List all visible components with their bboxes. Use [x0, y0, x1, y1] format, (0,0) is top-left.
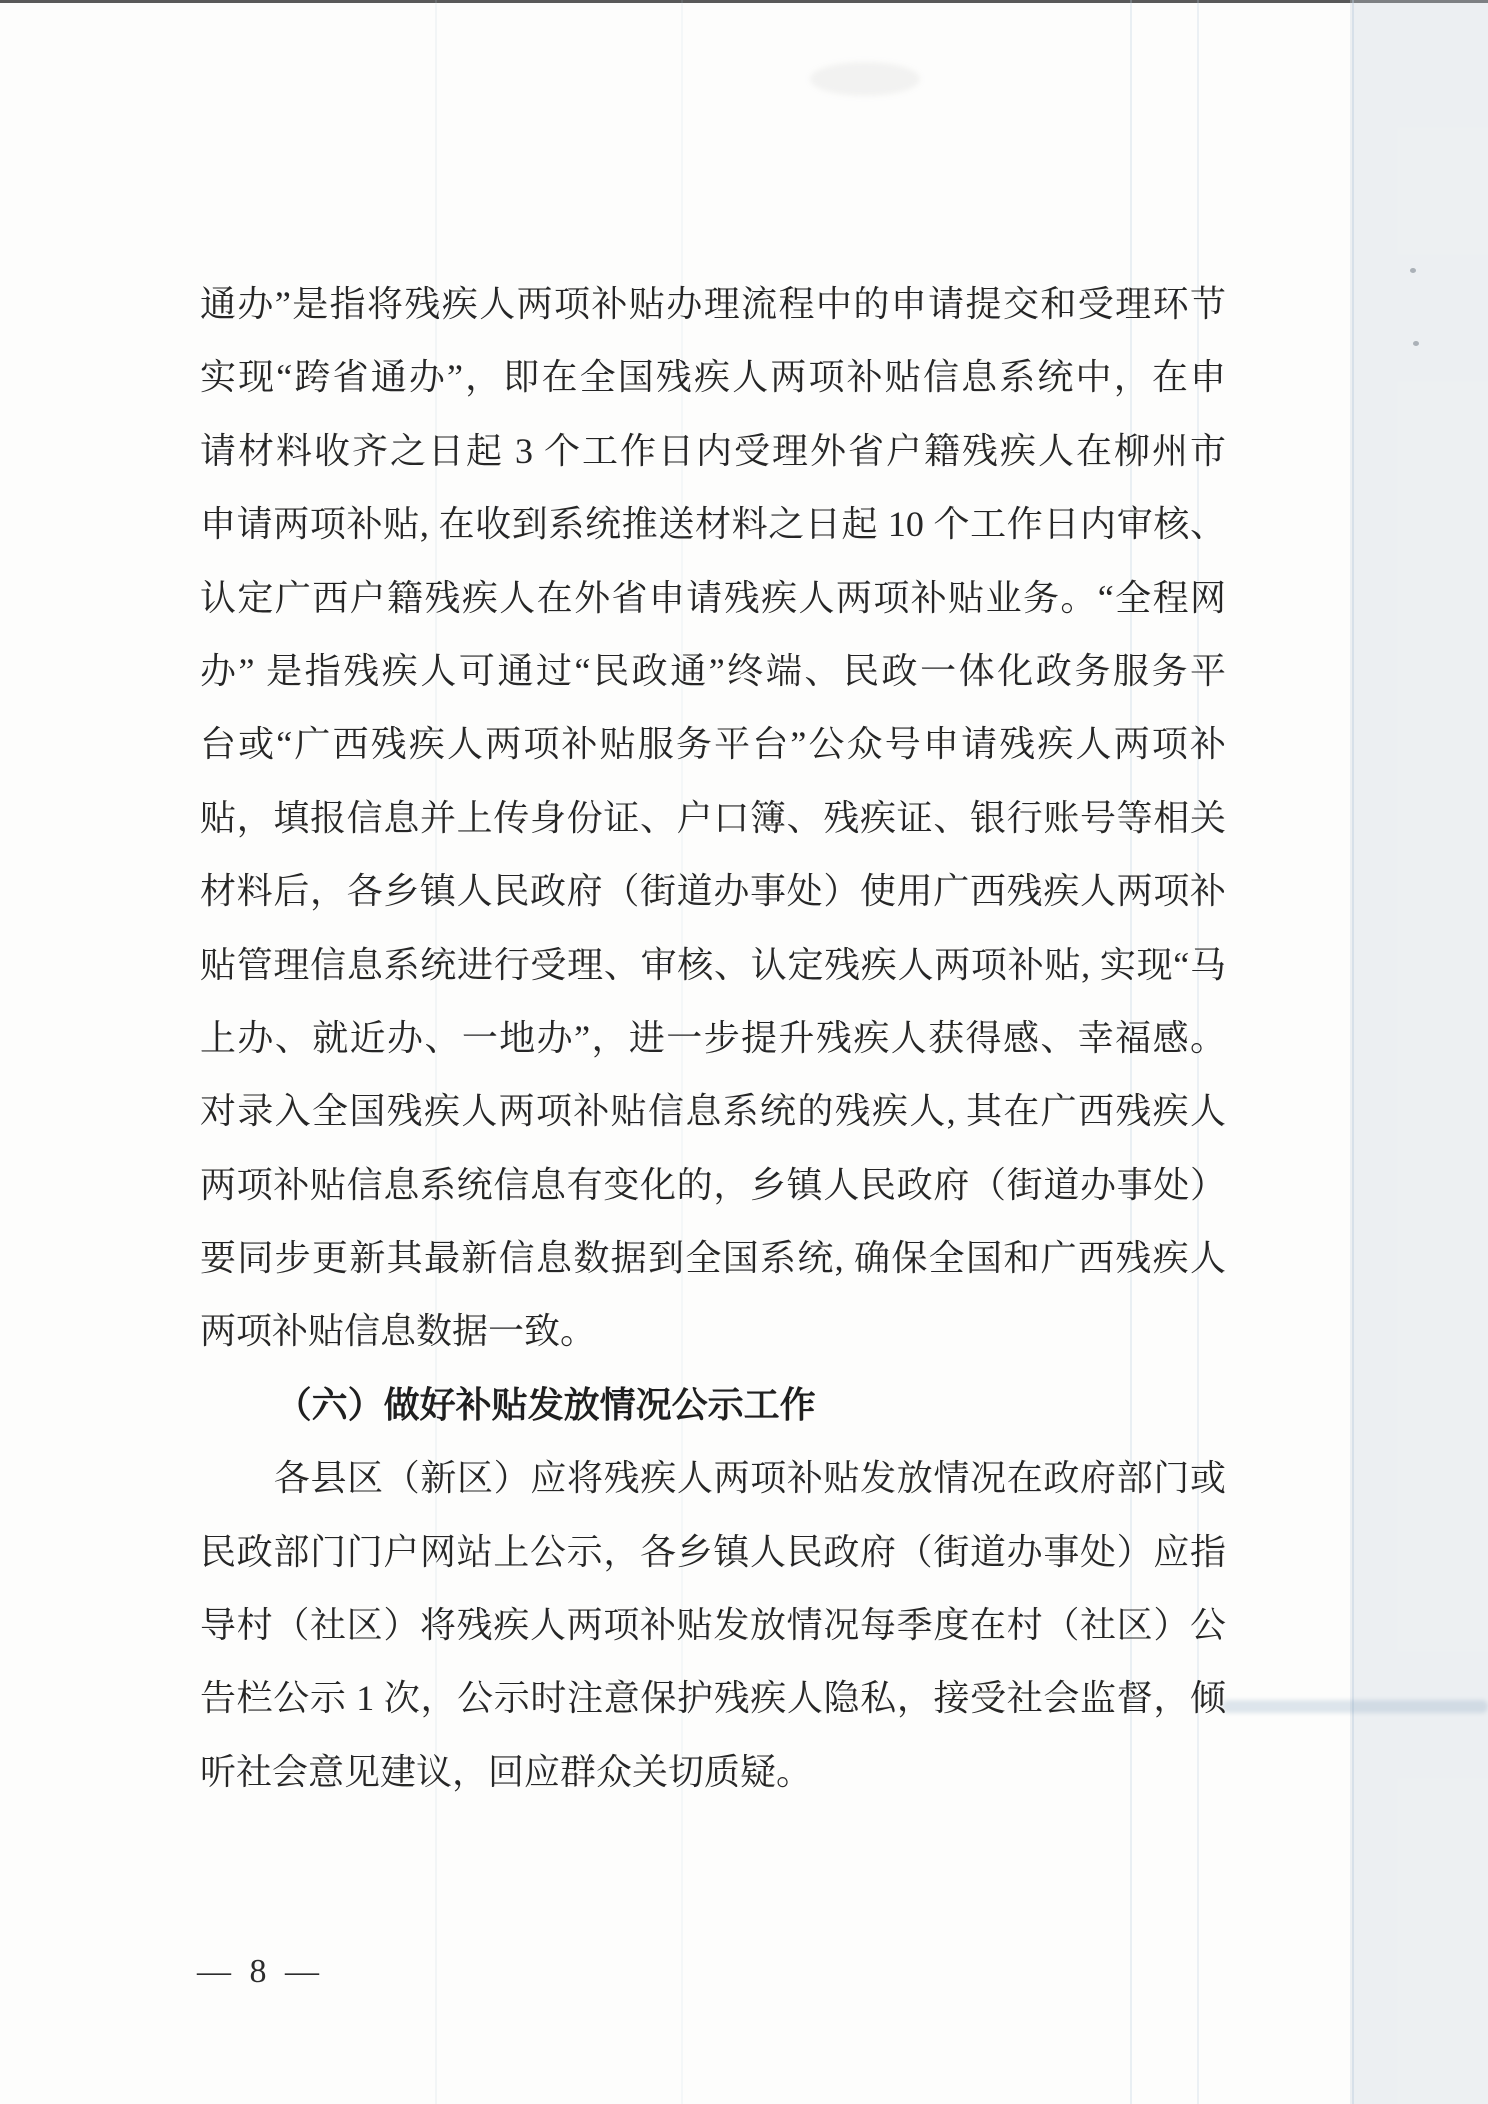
text-line: 通办”是指将残疾人两项补贴办理流程中的申请提交和受理环节: [200, 268, 1226, 341]
document-page: 通办”是指将残疾人两项补贴办理流程中的申请提交和受理环节实现“跨省通办”，即在全…: [0, 0, 1488, 2104]
document-body: 通办”是指将残疾人两项补贴办理流程中的申请提交和受理环节实现“跨省通办”，即在全…: [200, 268, 1226, 1809]
text-line: 贴，填报信息并上传身份证、户口簿、残疾证、银行账号等相关: [200, 782, 1226, 855]
text-line: 告栏公示 1 次，公示时注意保护残疾人隐私，接受社会监督，倾: [200, 1662, 1226, 1735]
text-line: 上办、就近办、一地办”，进一步提升残疾人获得感、幸福感。: [200, 1002, 1226, 1075]
text-line: 要同步更新其最新信息数据到全国系统, 确保全国和广西残疾人: [200, 1222, 1226, 1295]
text-line: 两项补贴信息数据一致。: [200, 1295, 1226, 1368]
text-line: 两项补贴信息系统信息有变化的，乡镇人民政府（街道办事处）: [200, 1149, 1226, 1222]
scan-artifact-speck: [1413, 341, 1419, 346]
text-line: 民政部门门户网站上公示，各乡镇人民政府（街道办事处）应指: [200, 1516, 1226, 1589]
text-line: 各县区（新区）应将残疾人两项补贴发放情况在政府部门或: [200, 1442, 1226, 1515]
page-number: — 8 —: [197, 1953, 321, 1991]
scanner-edge-strip: [0, 0, 1488, 3]
scan-artifact-vertical-line: [1352, 0, 1354, 2104]
text-line: 贴管理信息系统进行受理、审核、认定残疾人两项补贴, 实现“马: [200, 929, 1226, 1002]
text-line: 请材料收齐之日起 3 个工作日内受理外省户籍残疾人在柳州市: [200, 415, 1226, 488]
text-line: 导村（社区）将残疾人两项补贴发放情况每季度在村（社区）公: [200, 1589, 1226, 1662]
text-line: 台或“广西残疾人两项补贴服务平台”公众号申请残疾人两项补: [200, 708, 1226, 781]
scan-artifact-faint-mark: [810, 62, 920, 96]
section-heading: （六）做好补贴发放情况公示工作: [200, 1369, 1226, 1442]
scan-right-gray-band: [1350, 0, 1488, 2104]
text-line: 对录入全国残疾人两项补贴信息系统的残疾人, 其在广西残疾人: [200, 1075, 1226, 1148]
text-line: 申请两项补贴, 在收到系统推送材料之日起 10 个工作日内审核、: [200, 488, 1226, 561]
text-line: 材料后，各乡镇人民政府（街道办事处）使用广西残疾人两项补: [200, 855, 1226, 928]
text-line: 实现“跨省通办”，即在全国残疾人两项补贴信息系统中，在申: [200, 341, 1226, 414]
scan-artifact-smudge: [1222, 1700, 1488, 1713]
scan-artifact-speck: [1410, 268, 1416, 273]
text-line: 认定广西户籍残疾人在外省申请残疾人两项补贴业务。“全程网: [200, 562, 1226, 635]
text-line: 听社会意见建议，回应群众关切质疑。: [200, 1736, 1226, 1809]
text-line: 办” 是指残疾人可通过“民政通”终端、民政一体化政务服务平: [200, 635, 1226, 708]
